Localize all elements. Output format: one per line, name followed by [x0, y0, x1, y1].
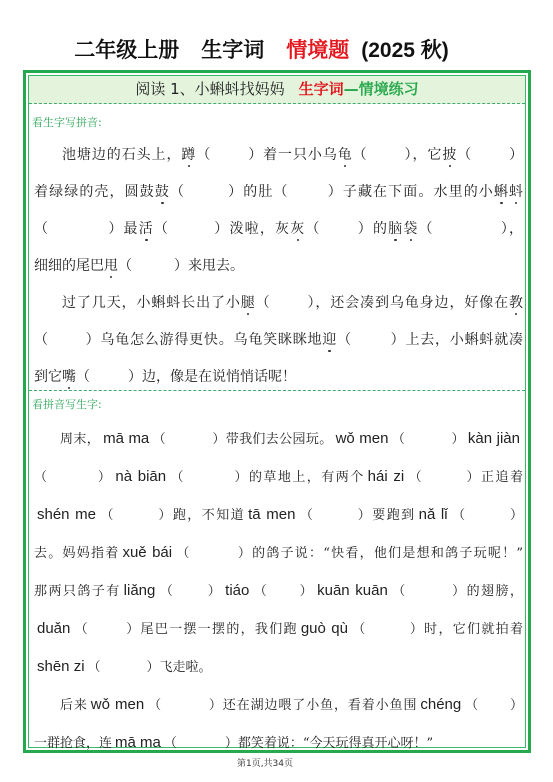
- text-segment: 过了几天，小蝌蚪长出了小: [62, 295, 241, 311]
- answer-blank: [352, 330, 390, 344]
- text-segment: （: [353, 147, 368, 163]
- text-segment: 着绿绿的壳，圆鼓: [34, 184, 155, 200]
- text-segment: ）要跑到: [356, 508, 415, 523]
- emphasized-character: 袋: [403, 221, 418, 237]
- text-segment: ）的草地上，有两个: [233, 470, 365, 485]
- lesson-title: 阅读 1、小蝌蚪找妈妈: [135, 80, 284, 98]
- text-line: （）最活（）泼啦，灰灰（）的脑袋（），: [34, 211, 523, 248]
- pinyin-text: shén me: [37, 506, 96, 523]
- pinyin-text: xuě bái: [122, 544, 172, 561]
- answer-blank: [177, 734, 225, 747]
- section-label-write-characters: 看拼音写生字:: [32, 396, 102, 414]
- text-line: 一群抢食，连mā ma（）都笑着说：“今天玩得真开心呀！”: [34, 724, 523, 762]
- emphasized-character: 披: [442, 147, 457, 163]
- emphasized-character: 脑: [388, 221, 403, 237]
- answer-blank: [472, 145, 508, 159]
- text-segment: ）还在湖边喂了小鱼，看着小鱼围: [208, 698, 417, 713]
- text-segment: 去。妈妈指着: [34, 546, 119, 561]
- text-segment: （: [147, 698, 162, 713]
- answer-blank: [407, 582, 451, 595]
- pinyin-text: nà biān: [115, 468, 166, 485]
- text-segment: （: [154, 221, 169, 237]
- text-segment: ）时，它们就拍着: [409, 622, 523, 637]
- title-type: 情境题: [286, 39, 349, 62]
- pinyin-text: mā ma: [115, 734, 161, 751]
- answer-blank: [185, 182, 227, 196]
- answer-blank: [191, 544, 237, 557]
- pinyin-text: wǒ men: [91, 696, 144, 713]
- pinyin-text: kuān kuān: [317, 582, 388, 599]
- emphasized-character: 嘴: [62, 369, 76, 385]
- answer-blank: [162, 696, 208, 709]
- text-segment: （: [118, 258, 132, 274]
- answer-blank: [166, 430, 212, 443]
- text-segment: ）的鸽子说：“快看，他们是想和鸽子玩呢！”: [237, 546, 523, 561]
- text-segment: ）边，像是在说悄悄话呢！: [128, 369, 296, 385]
- answer-blank: [101, 658, 147, 671]
- emphasized-character: 蚪: [509, 184, 523, 200]
- text-segment: ）: [509, 508, 523, 523]
- text-segment: ）的: [357, 221, 389, 237]
- text-segment: ）泼啦，灰: [213, 221, 290, 237]
- title-edition: (2025 秋): [361, 39, 449, 62]
- answer-blank: [90, 367, 128, 381]
- emphasized-character: 腿: [241, 295, 256, 311]
- text-segment: （: [256, 295, 271, 311]
- text-line: 过了几天，小蝌蚪长出了小腿（），还会凑到乌龟身边，好像在教: [34, 285, 523, 322]
- emphasized-character: 蝌: [494, 184, 509, 200]
- pinyin-text: nǎ lǐ: [419, 506, 448, 523]
- text-segment: 后来: [60, 698, 88, 713]
- text-segment: 细细的尾巴: [34, 258, 104, 274]
- text-segment: （: [451, 508, 467, 523]
- section-write-pinyin-text: 池塘边的石头上，蹲（）着一只小乌龟（），它披（）着绿绿的壳，圆鼓鼓（）的肚（）子…: [34, 137, 523, 396]
- text-segment: （: [158, 584, 174, 599]
- text-segment: （: [391, 432, 405, 447]
- pinyin-text: tā men: [248, 506, 295, 523]
- pinyin-text: hái zi: [368, 468, 404, 485]
- answer-blank: [314, 506, 356, 519]
- section-write-characters-text: 周末，mā ma（）带我们去公园玩。wǒ men（）kàn jiàn（）nà b…: [34, 420, 523, 762]
- text-segment: ）跑，不知道: [157, 508, 245, 523]
- pinyin-text: guò qù: [301, 620, 348, 637]
- text-segment: 到它: [34, 369, 62, 385]
- text-segment: ）带我们去公园玩。: [212, 432, 333, 447]
- text-segment: ）的肚（: [227, 184, 289, 200]
- answer-blank: [174, 582, 206, 595]
- text-segment: （: [34, 470, 48, 485]
- text-line: （）乌龟怎么游得更快。乌龟笑眯眯地迎（）上去，小蝌蚪就凑: [34, 322, 523, 359]
- lesson-category: 生字词: [299, 80, 344, 98]
- text-segment: （: [152, 432, 166, 447]
- emphasized-character: 迎: [322, 332, 337, 348]
- text-segment: （: [170, 184, 185, 200]
- emphasized-character: 教: [509, 295, 523, 311]
- text-segment: （: [164, 736, 177, 751]
- page-title: 二年级上册生字词情境题(2025 秋): [0, 37, 553, 65]
- text-segment: （: [88, 660, 101, 675]
- answer-blank: [211, 145, 247, 159]
- text-segment: ）尾巴一摆一摆的，我们跑: [125, 622, 298, 637]
- pinyin-text: liǎng: [124, 582, 156, 599]
- text-line: 去。妈妈指着xuě bái（）的鸽子说：“快看，他们是想和鸽子玩呢！”: [34, 534, 523, 572]
- pinyin-text: wǒ men: [336, 430, 389, 447]
- lesson-exercise-type: —情境练习: [344, 80, 419, 98]
- text-segment: ）飞走啦。: [147, 660, 212, 675]
- text-line: 周末，mā ma（）带我们去公园玩。wǒ men（）kàn jiàn: [34, 420, 523, 458]
- answer-blank: [169, 219, 213, 233]
- text-segment: ），: [500, 221, 523, 237]
- text-segment: ）着一只小乌: [247, 147, 337, 163]
- text-segment: （: [252, 584, 268, 599]
- pinyin-text: chéng: [420, 696, 461, 713]
- section-divider: [29, 390, 525, 391]
- pinyin-text: shēn zi: [37, 658, 85, 675]
- answer-blank: [467, 506, 509, 519]
- pinyin-text: mā ma: [103, 430, 149, 447]
- answer-blank: [49, 219, 107, 233]
- section-label-write-pinyin: 看生字写拼音:: [32, 114, 102, 132]
- emphasized-character: 活: [139, 221, 154, 237]
- text-segment: ）最: [107, 221, 139, 237]
- title-topic: 生字词: [201, 39, 264, 62]
- text-segment: ）: [509, 698, 523, 713]
- pinyin-text: duǎn: [37, 620, 70, 637]
- text-segment: 周末，: [60, 432, 100, 447]
- text-line: shēn zi（）飞走啦。: [34, 648, 523, 686]
- text-segment: （: [351, 622, 367, 637]
- text-segment: ）来甩去。: [174, 258, 244, 274]
- text-segment: ），还会凑到乌龟身边，好像在: [307, 295, 509, 311]
- text-segment: （: [34, 332, 49, 348]
- emphasized-character: 鼓: [155, 184, 170, 200]
- text-line: duǎn（）尾巴一摆一摆的，我们跑guò qù（）时，它们就拍着: [34, 610, 523, 648]
- answer-blank: [321, 219, 357, 233]
- text-segment: ）: [96, 470, 112, 485]
- text-segment: ）都笑着说：“今天玩得真开心呀！”: [225, 736, 433, 751]
- text-segment: （: [76, 369, 90, 385]
- text-segment: ）: [298, 584, 314, 599]
- text-line: 那两只鸽子有liǎng（）tiáo（）kuān kuān（）的翅膀，: [34, 572, 523, 610]
- text-segment: （: [391, 584, 407, 599]
- text-segment: ）上去，小蝌蚪就凑: [390, 332, 523, 348]
- pinyin-text: kàn jiàn: [468, 430, 520, 447]
- emphasized-character: 甩: [104, 258, 118, 274]
- text-segment: 那两只鸽子有: [34, 584, 121, 599]
- text-segment: （: [99, 508, 115, 523]
- text-segment: ）: [451, 432, 465, 447]
- text-segment: 一群抢食，连: [34, 736, 112, 751]
- text-segment: ）的翅膀，: [451, 584, 523, 599]
- text-segment: （: [298, 508, 314, 523]
- text-segment: （: [34, 221, 49, 237]
- answer-blank: [89, 620, 125, 633]
- text-segment: （: [175, 546, 191, 561]
- text-segment: （: [73, 622, 89, 637]
- text-segment: ），它: [404, 147, 443, 163]
- text-line: 池塘边的石头上，蹲（）着一只小乌龟（），它披（）: [34, 137, 523, 174]
- answer-blank: [289, 182, 327, 196]
- answer-blank: [479, 696, 509, 709]
- text-line: 着绿绿的壳，圆鼓鼓（）的肚（）子藏在下面。水里的小蝌蚪: [34, 174, 523, 211]
- text-line: 后来wǒ men（）还在湖边喂了小鱼，看着小鱼围chéng（）: [34, 686, 523, 724]
- answer-blank: [368, 145, 404, 159]
- worksheet-page: 二年级上册生字词情境题(2025 秋) 阅读 1、小蝌蚪找妈妈生字词—情境练习 …: [0, 0, 553, 782]
- text-segment: （: [419, 221, 434, 237]
- text-segment: （: [305, 221, 320, 237]
- lesson-header: 阅读 1、小蝌蚪找妈妈生字词—情境练习: [29, 76, 525, 104]
- answer-blank: [367, 620, 409, 633]
- answer-blank: [271, 293, 307, 307]
- text-line: （）nà biān（）的草地上，有两个hái zi（）正追着: [34, 458, 523, 496]
- emphasized-character: 灰: [290, 221, 305, 237]
- text-segment: （: [169, 470, 185, 485]
- emphasized-character: 龟: [338, 147, 353, 163]
- answer-blank: [48, 468, 96, 481]
- text-segment: ）子藏在下面。水里的小: [327, 184, 494, 200]
- text-segment: 池塘边的石头上，: [62, 147, 181, 163]
- answer-blank: [423, 468, 465, 481]
- page-indicator: 第1页,共34页: [0, 758, 530, 770]
- text-line: 细细的尾巴甩（）来甩去。: [34, 248, 523, 285]
- text-segment: （: [337, 332, 352, 348]
- text-segment: ）乌龟怎么游得更快。乌龟笑眯眯地: [85, 332, 322, 348]
- answer-blank: [268, 582, 298, 595]
- answer-blank: [434, 219, 500, 233]
- text-segment: ）: [206, 584, 222, 599]
- text-segment: ）正追着: [465, 470, 523, 485]
- text-segment: （: [457, 147, 472, 163]
- text-segment: （: [407, 470, 423, 485]
- text-segment: （: [196, 147, 211, 163]
- text-segment: ）: [508, 147, 523, 163]
- answer-blank: [49, 330, 85, 344]
- answer-blank: [115, 506, 157, 519]
- text-line: shén me（）跑，不知道tā men（）要跑到nǎ lǐ（）: [34, 496, 523, 534]
- answer-blank: [132, 256, 174, 270]
- text-segment: （: [464, 698, 479, 713]
- pinyin-text: tiáo: [225, 582, 249, 599]
- title-grade-volume: 二年级上册: [74, 39, 179, 62]
- answer-blank: [405, 430, 451, 443]
- answer-blank: [185, 468, 233, 481]
- emphasized-character: 蹲: [181, 147, 196, 163]
